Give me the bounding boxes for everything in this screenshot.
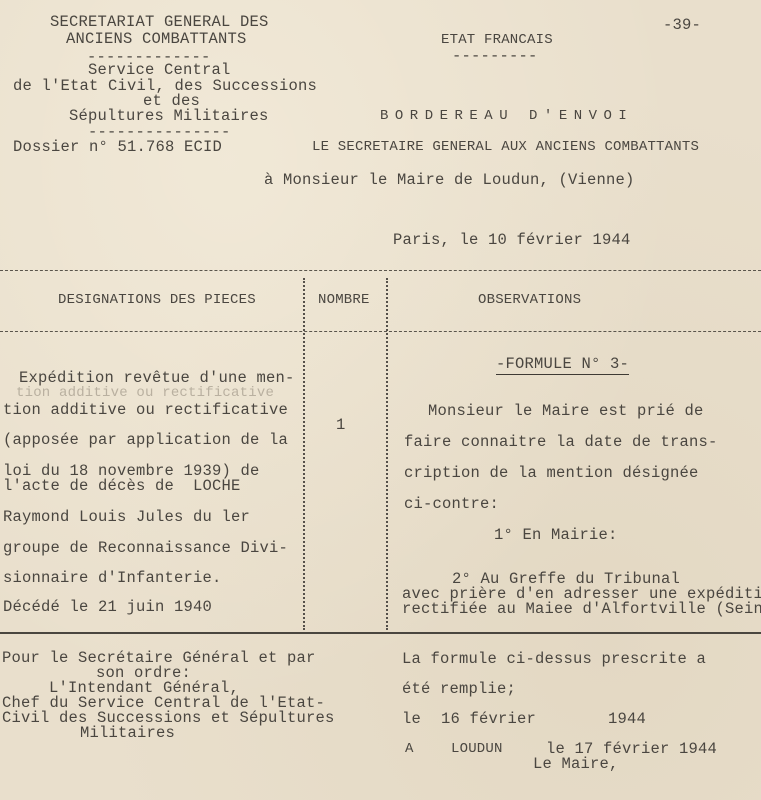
observation-item-2-line3: rectifiée au Maiee d'Alfortville (Seine [402,601,761,617]
observation-line: ci-contre: [404,496,499,512]
reply-line: été remplie; [402,681,516,697]
observation-line: faire connaitre la date de trans- [404,434,718,450]
formule-heading-text: -FORMULE N° 3- [496,355,629,375]
reply-date-year: 1944 [608,711,646,727]
formule-heading: -FORMULE N° 3- [496,356,629,372]
sender-title: LE SECRETAIRE GENERAL AUX ANCIENS COMBAT… [312,139,699,155]
reply-place-prefix: A [405,741,414,757]
reply-date-prefix: le [402,711,421,727]
recipient: à Monsieur le Maire de Loudun, (Vienne) [264,172,635,188]
designation-line: Raymond Louis Jules du ler [3,509,250,525]
dossier-number: Dossier n° 51.768 ECID [13,139,222,155]
reply-place: LOUDUN [451,741,503,757]
observation-item-1: 1° En Mairie: [494,527,618,543]
place-and-date: Paris, le 10 février 1944 [393,232,631,248]
column-divider-2 [386,278,388,630]
org-name-line1: SECRETARIAT GENERAL DES [50,14,269,30]
column-header-observations: OBSERVATIONS [478,292,581,308]
reply-line: La formule ci-dessus prescrite a [402,651,706,667]
designation-ghost-line: tion additive ou rectificative [16,385,274,401]
designation-line: tion additive ou rectificative [3,402,288,418]
signature-line: Militaires [80,725,175,741]
service-line4: Sépultures Militaires [69,108,269,124]
state-separator: --------- [452,48,538,64]
column-divider-1 [303,278,305,630]
document-title: BORDEREAU D'ENVOI [380,108,633,124]
page-number: -39- [663,17,701,33]
designation-line: groupe de Reconnaissance Divi- [3,540,288,556]
table-top-rule [0,270,761,271]
service-line1: Service Central [88,62,231,78]
designation-line: Décédé le 21 juin 1940 [3,599,212,615]
designation-line: sionnaire d'Infanterie. [3,570,222,586]
observation-line: cription de la mention désignée [404,465,699,481]
table-bottom-rule [0,632,761,634]
column-header-nombre: NOMBRE [318,292,370,308]
reply-date-day-month: 16 février [441,711,536,727]
org-name-line2: ANCIENS COMBATTANTS [66,31,247,47]
designation-line: l'acte de décès de LOCHE [3,478,241,494]
designation-line: Expédition revêtue d'une men- [19,370,295,386]
column-header-designations: DESIGNATIONS DES PIECES [58,292,256,308]
observation-line: Monsieur le Maire est prié de [428,403,704,419]
state-name: ETAT FRANCAIS [441,32,553,48]
designation-line: (apposée par application de la [3,432,288,448]
nombre-value: 1 [336,417,346,433]
table-header-rule [0,331,761,332]
reply-signatory: Le Maire, [533,756,619,772]
